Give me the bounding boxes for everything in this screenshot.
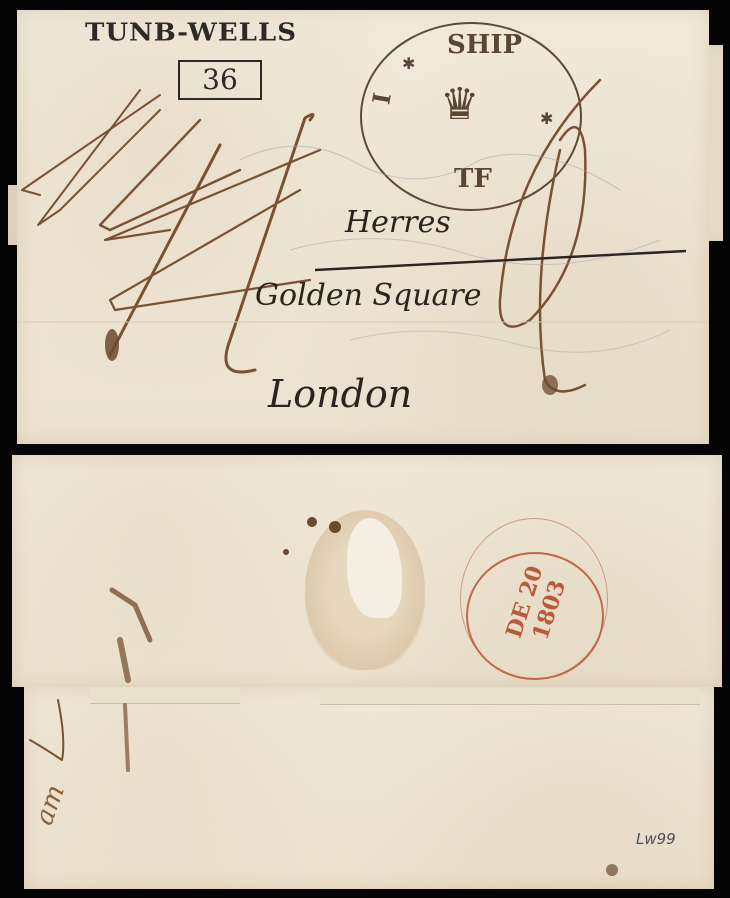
back-ink-stains	[0, 0, 730, 898]
pencil-reference-note: Lw99	[636, 830, 676, 848]
red-receiving-postmark: DE 20 1803	[460, 518, 608, 683]
